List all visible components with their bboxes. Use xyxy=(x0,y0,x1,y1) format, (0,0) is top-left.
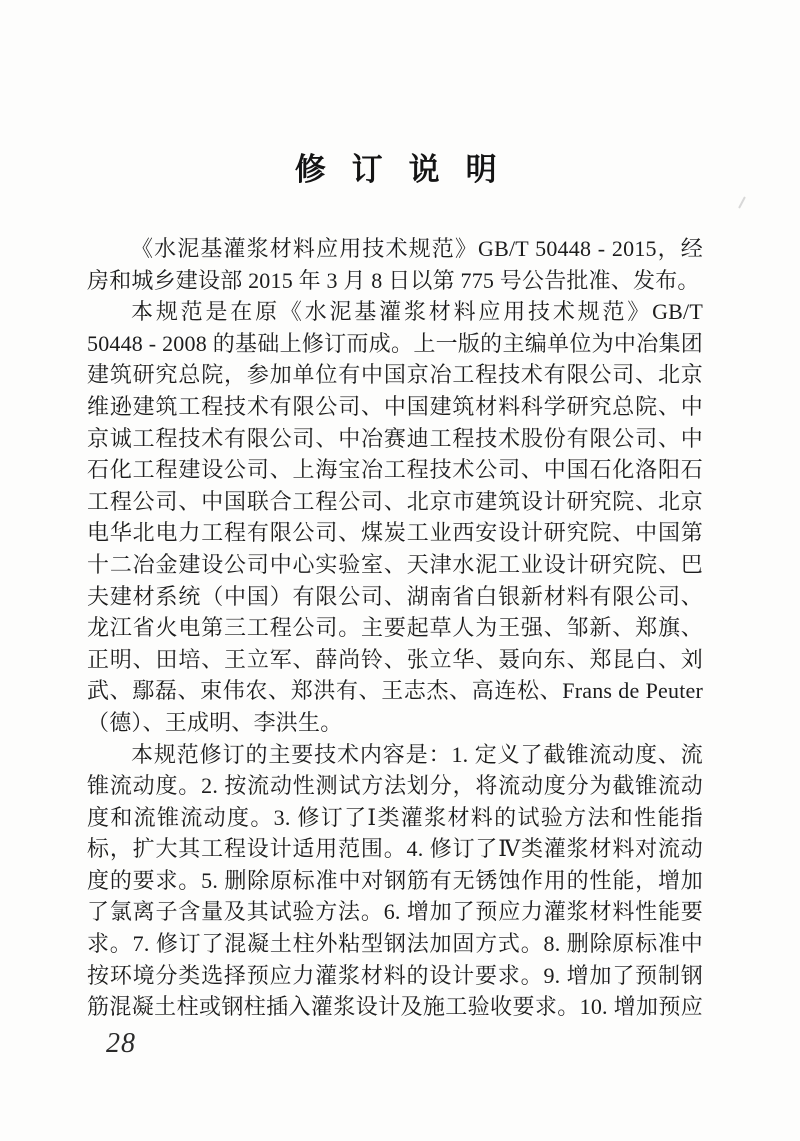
text-line: 锥流动度。2. 按流动性测试方法划分，将流动度分为截锥流动 xyxy=(87,770,703,802)
page-title: 修 订 说 明 xyxy=(0,144,800,189)
body-text: 《水泥基灌浆材料应用技术规范》GB/T 50448 - 2015，经住 房和城乡… xyxy=(87,233,703,1023)
text-line: 《水泥基灌浆材料应用技术规范》GB/T 50448 - 2015，经住 xyxy=(87,233,703,265)
scan-artifact xyxy=(738,196,746,208)
text-line: 武、鄢磊、束伟农、郑洪有、王志杰、高连松、Frans de Peuter xyxy=(87,675,703,707)
text-line: 电华北电力工程有限公司、煤炭工业西安设计研究院、中国第二 xyxy=(87,517,703,549)
document-page: 修 订 说 明 《水泥基灌浆材料应用技术规范》GB/T 50448 - 2015… xyxy=(0,0,800,1141)
text-line: 求。7. 修订了混凝土柱外粘型钢法加固方式。8. 删除原标准中 xyxy=(87,928,703,960)
text-line: 标，扩大其工程设计适用范围。4. 修订了Ⅳ类灌浆材料对流动 xyxy=(87,833,703,865)
text-line: 筋混凝土柱或钢柱插入灌浆设计及施工验收要求。10. 增加预应 xyxy=(87,991,703,1023)
text-line: 龙江省火电第三工程公司。主要起草人为王强、邹新、郑旗、邵 xyxy=(87,612,703,644)
text-line: 夫建材系统（中国）有限公司、湖南省白银新材料有限公司、黑 xyxy=(87,581,703,613)
text-line: 正明、田培、王立军、薛尚铃、张立华、聂向东、郑昆白、刘 xyxy=(87,644,703,676)
text-line: 房和城乡建设部 2015 年 3 月 8 日以第 775 号公告批准、发布。 xyxy=(87,265,703,297)
text-line: 按环境分类选择预应力灌浆材料的设计要求。9. 增加了预制钢 xyxy=(87,960,703,992)
text-line: 维逊建筑工程技术有限公司、中国建筑材料科学研究总院、中冶 xyxy=(87,391,703,423)
text-line: 50448 - 2008 的基础上修订而成。上一版的主编单位为中冶集团 xyxy=(87,328,703,360)
text-line: 十二冶金建设公司中心实验室、天津水泥工业设计研究院、巴斯 xyxy=(87,549,703,581)
text-line: 度的要求。5. 删除原标准中对钢筋有无锈蚀作用的性能，增加 xyxy=(87,865,703,897)
text-line: 石化工程建设公司、上海宝冶工程技术公司、中国石化洛阳石化 xyxy=(87,454,703,486)
text-line: 本规范是在原《水泥基灌浆材料应用技术规范》GB/T xyxy=(87,296,703,328)
text-line: 京诚工程技术有限公司、中冶赛迪工程技术股份有限公司、中国 xyxy=(87,423,703,455)
text-line: （德）、王成明、李洪生。 xyxy=(87,707,703,739)
text-line: 工程公司、中国联合工程公司、北京市建筑设计研究院、北京国 xyxy=(87,486,703,518)
text-line: 本规范修订的主要技术内容是：1. 定义了截锥流动度、流 xyxy=(87,739,703,771)
text-line: 度和流锥流动度。3. 修订了Ⅰ类灌浆材料的试验方法和性能指 xyxy=(87,802,703,834)
text-line: 了氯离子含量及其试验方法。6. 增加了预应力灌浆材料性能要 xyxy=(87,896,703,928)
page-number: 28 xyxy=(106,1028,136,1060)
text-line: 建筑研究总院，参加单位有中国京冶工程技术有限公司、北京纽 xyxy=(87,359,703,391)
